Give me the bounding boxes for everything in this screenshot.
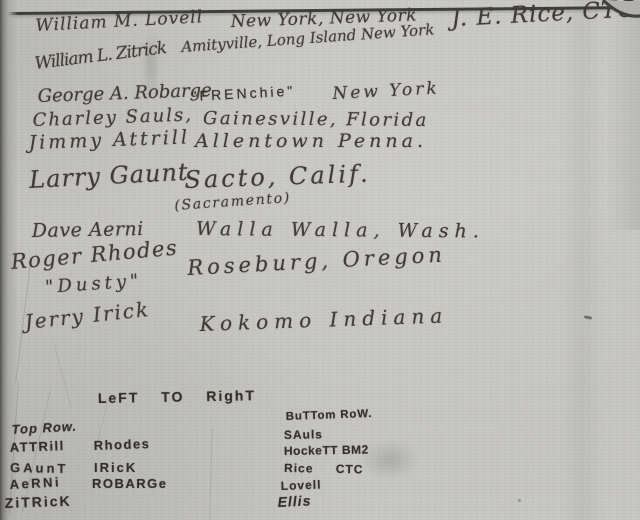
roster-name-zitrick: ZiTRicK xyxy=(4,493,71,511)
signature-name-robarge: George A. Robarge xyxy=(37,80,212,107)
signature-nickname-rhodes: "Dusty" xyxy=(45,270,143,298)
signature-location-robarge: New York xyxy=(332,78,440,104)
folded-corner xyxy=(600,0,640,26)
roster-name-sauls: SAuls xyxy=(284,427,323,442)
roster-name-rice: Rice CTC xyxy=(284,461,364,476)
signature-location-gaunt: Sacto, Calif. xyxy=(184,160,371,194)
roster-name-aerni: AeRNi xyxy=(9,474,61,492)
signature-location-sauls: Gainesville, Florida xyxy=(203,108,429,131)
roster-name-lovell: Lovell xyxy=(281,478,322,493)
pencil-smudge xyxy=(360,440,420,480)
top-row-label: Top Row. xyxy=(11,419,77,437)
signature-name-gaunt: Larry Gaunt xyxy=(29,158,190,194)
crease-line xyxy=(209,428,213,520)
signature-location-attrill: Allentown Penna. xyxy=(195,130,427,152)
bottom-row-label: BuTTom RoW. xyxy=(286,408,373,423)
signature-location-rhodes: Roseburg, Oregon xyxy=(187,242,447,280)
signature-location-irick: Kokomo Indiana xyxy=(199,303,448,336)
caption-heading: LeFT TO RighT xyxy=(98,387,256,406)
signature-name-irick: Jerry Irick xyxy=(23,297,151,334)
crease-line xyxy=(52,338,72,408)
roster-name-irick: IRicK xyxy=(94,460,137,475)
roster-name-ellis: Ellis xyxy=(277,492,312,510)
mark-speck xyxy=(518,499,521,502)
roster-name-attrill: ATTRill xyxy=(9,438,65,455)
signature-name-attrill: Jimmy Attrill xyxy=(28,126,190,154)
right-fold-shadow xyxy=(606,0,640,230)
signature-location-aerni: Walla Walla, Wash. xyxy=(196,218,485,243)
photo-back-scan: J. E. Rice, CTC William M. Lovell New Yo… xyxy=(0,0,640,520)
roster-name-hockett: HockeTT BM2 xyxy=(284,443,369,458)
roster-name-rhodes: Rhodes xyxy=(93,436,150,453)
roster-name-robarge: ROBARGe xyxy=(92,476,168,491)
signature-name-aerni: Dave Aerni xyxy=(32,218,144,242)
scan-band xyxy=(560,0,604,520)
